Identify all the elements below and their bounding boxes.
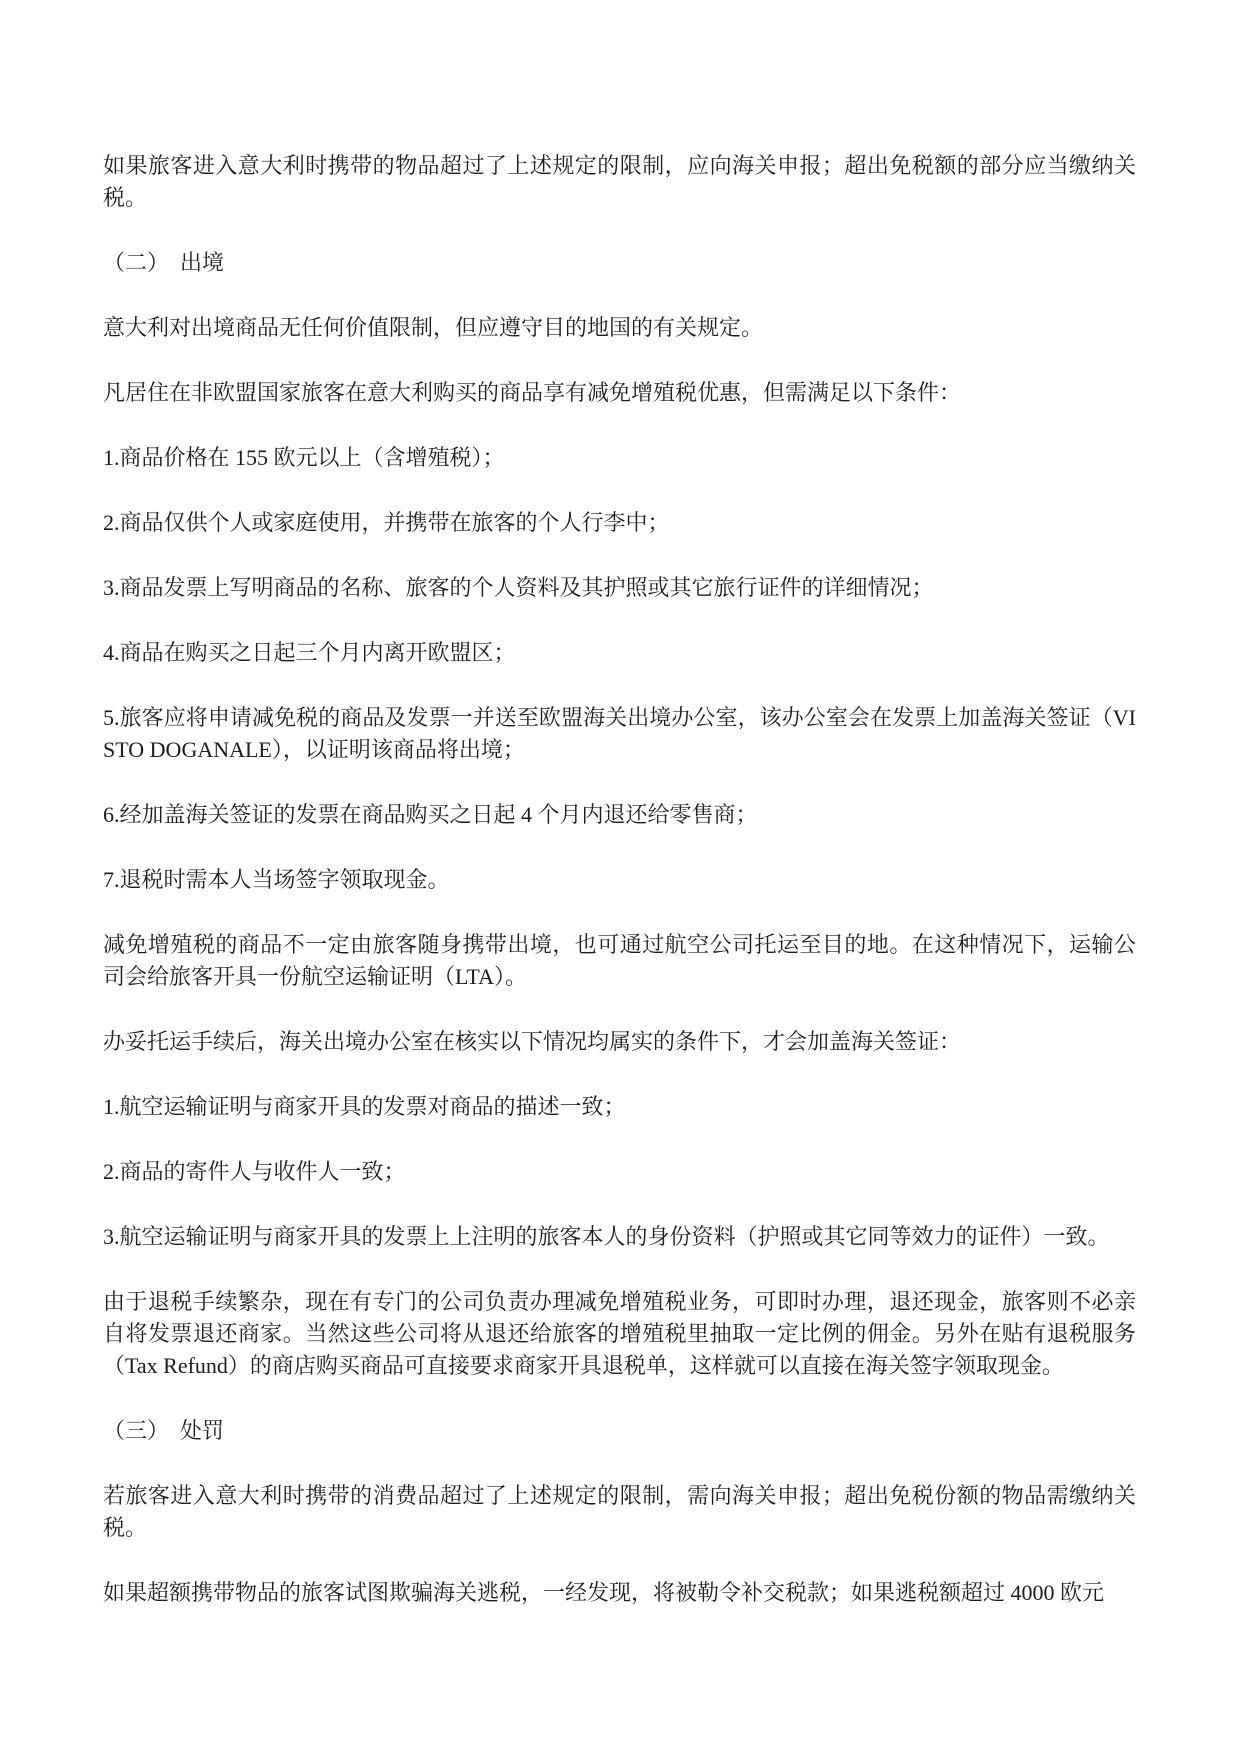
document-page: 如果旅客进入意大利时携带的物品超过了上述规定的限制，应向海关申报；超出免税额的部… [0, 0, 1239, 1754]
paragraph-penalty-evasion: 如果超额携带物品的旅客试图欺骗海关逃税，一经发现，将被勒令补交税款；如果逃税额超… [103, 1577, 1136, 1609]
list-item-condition-6: 6.经加盖海关签证的发票在商品购买之日起 4 个月内退还给零售商； [103, 799, 1136, 831]
list-item-stamp-condition-1: 1.航空运输证明与商家开具的发票对商品的描述一致； [103, 1091, 1136, 1123]
paragraph-tax-refund-companies: 由于退税手续繁杂，现在有专门的公司负责办理减免增殖税业务，可即时办理，退还现金，… [103, 1286, 1136, 1382]
section-heading-penalty: （三） 处罚 [103, 1415, 1136, 1447]
list-item-condition-7: 7.退税时需本人当场签字领取现金。 [103, 864, 1136, 896]
paragraph-lta-shipping: 减免增殖税的商品不一定由旅客随身携带出境，也可通过航空公司托运至目的地。在这种情… [103, 929, 1136, 993]
paragraph-customs-stamp-conditions-intro: 办妥托运手续后，海关出境办公室在核实以下情况均属实的条件下，才会加盖海关签证： [103, 1026, 1136, 1058]
list-item-condition-3: 3.商品发票上写明商品的名称、旅客的个人资料及其护照或其它旅行证件的详细情况； [103, 572, 1136, 604]
section-heading-exit: （二） 出境 [103, 247, 1136, 279]
list-item-stamp-condition-2: 2.商品的寄件人与收件人一致； [103, 1156, 1136, 1188]
paragraph-penalty-declare: 若旅客进入意大利时携带的消费品超过了上述规定的限制，需向海关申报；超出免税份额的… [103, 1480, 1136, 1544]
paragraph-vat-refund-conditions-intro: 凡居住在非欧盟国家旅客在意大利购买的商品享有减免增殖税优惠，但需满足以下条件： [103, 377, 1136, 409]
list-item-condition-5: 5.旅客应将申请减免税的商品及发票一并送至欧盟海关出境办公室，该办公室会在发票上… [103, 702, 1136, 766]
list-item-condition-4: 4.商品在购买之日起三个月内离开欧盟区； [103, 637, 1136, 669]
paragraph-exit-no-limit: 意大利对出境商品无任何价值限制，但应遵守目的地国的有关规定。 [103, 312, 1136, 344]
list-item-stamp-condition-3: 3.航空运输证明与商家开具的发票上上注明的旅客本人的身份资料（护照或其它同等效力… [103, 1221, 1136, 1253]
paragraph-customs-declare-entry: 如果旅客进入意大利时携带的物品超过了上述规定的限制，应向海关申报；超出免税额的部… [103, 150, 1136, 214]
list-item-condition-2: 2.商品仅供个人或家庭使用，并携带在旅客的个人行李中； [103, 507, 1136, 539]
list-item-condition-1: 1.商品价格在 155 欧元以上（含增殖税）； [103, 442, 1136, 474]
